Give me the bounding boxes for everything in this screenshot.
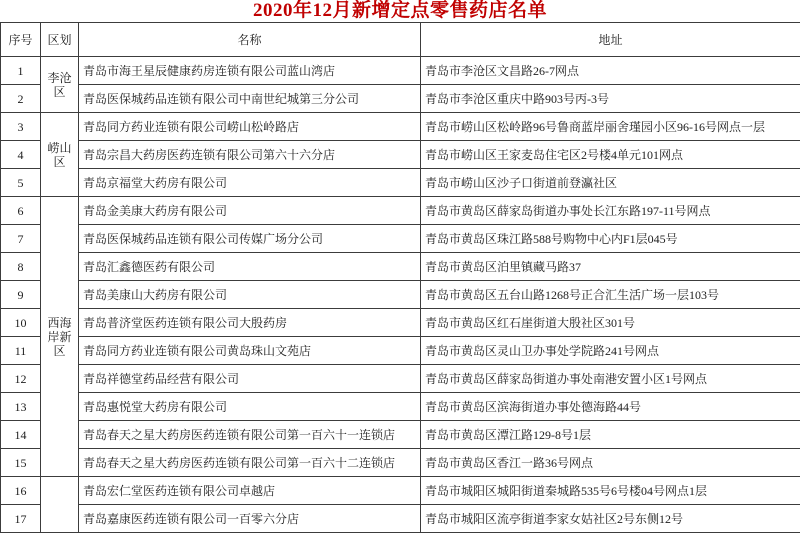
table-row: 13青岛惠悦堂大药房有限公司青岛市黄岛区滨海街道办事处德海路44号	[1, 393, 800, 421]
cell-address: 青岛市黄岛区薛家岛街道办事处长江东路197-11号网点	[421, 197, 800, 225]
cell-name: 青岛惠悦堂大药房有限公司	[79, 393, 421, 421]
cell-address: 青岛市黄岛区泊里镇藏马路37	[421, 253, 800, 281]
cell-district: 崂山区	[41, 113, 79, 197]
table-row: 15青岛春天之星大药房医药连锁有限公司第一百六十二连锁店青岛市黄岛区香江一路36…	[1, 449, 800, 477]
cell-address: 青岛市黄岛区潭江路129-8号1层	[421, 421, 800, 449]
pharmacy-table: 序号 区划 名称 地址 1李沧区青岛市海王星辰健康药房连锁有限公司蓝山湾店青岛市…	[0, 22, 800, 533]
cell-no: 1	[1, 57, 41, 85]
cell-name: 青岛同方药业连锁有限公司黄岛珠山文苑店	[79, 337, 421, 365]
cell-address: 青岛市李沧区文昌路26-7网点	[421, 57, 800, 85]
table-row: 16青岛宏仁堂医药连锁有限公司卓越店青岛市城阳区城阳街道秦城路535号6号楼04…	[1, 477, 800, 505]
cell-address: 青岛市黄岛区灵山卫办事处学院路241号网点	[421, 337, 800, 365]
cell-name: 青岛京福堂大药房有限公司	[79, 169, 421, 197]
cell-name: 青岛医保城药品连锁有限公司中南世纪城第三分公司	[79, 85, 421, 113]
cell-no: 17	[1, 505, 41, 533]
cell-no: 9	[1, 281, 41, 309]
table-row: 17青岛嘉康医药连锁有限公司一百零六分店青岛市城阳区流亭街道李家女姑社区2号东侧…	[1, 505, 800, 533]
cell-address: 青岛市黄岛区五台山路1268号正合汇生活广场一层103号	[421, 281, 800, 309]
table-row: 3崂山区青岛同方药业连锁有限公司崂山松岭路店青岛市崂山区松岭路96号鲁商蓝岸丽舍…	[1, 113, 800, 141]
cell-address: 青岛市黄岛区薛家岛街道办事处南港安置小区1号网点	[421, 365, 800, 393]
table-row: 14青岛春天之星大药房医药连锁有限公司第一百六十一连锁店青岛市黄岛区潭江路129…	[1, 421, 800, 449]
cell-name: 青岛嘉康医药连锁有限公司一百零六分店	[79, 505, 421, 533]
cell-name: 青岛祥德堂药品经营有限公司	[79, 365, 421, 393]
cell-no: 12	[1, 365, 41, 393]
cell-name: 青岛宏仁堂医药连锁有限公司卓越店	[79, 477, 421, 505]
cell-no: 13	[1, 393, 41, 421]
cell-name: 青岛同方药业连锁有限公司崂山松岭路店	[79, 113, 421, 141]
page-title: 2020年12月新增定点零售药店名单	[0, 0, 800, 22]
cell-no: 16	[1, 477, 41, 505]
document-page: 2020年12月新增定点零售药店名单 序号 区划 名称 地址 1李沧区青岛市海王…	[0, 0, 800, 550]
cell-address: 青岛市李沧区重庆中路903号丙-3号	[421, 85, 800, 113]
cell-no: 11	[1, 337, 41, 365]
table-row: 4青岛宗昌大药房医药连锁有限公司第六十六分店青岛市崂山区王家麦岛住宅区2号楼4单…	[1, 141, 800, 169]
cell-district: 李沧区	[41, 57, 79, 113]
table-row: 1李沧区青岛市海王星辰健康药房连锁有限公司蓝山湾店青岛市李沧区文昌路26-7网点	[1, 57, 800, 85]
cell-address: 青岛市崂山区松岭路96号鲁商蓝岸丽舍瑾园小区96-16号网点一层	[421, 113, 800, 141]
table-row: 12青岛祥德堂药品经营有限公司青岛市黄岛区薛家岛街道办事处南港安置小区1号网点	[1, 365, 800, 393]
header-name: 名称	[79, 23, 421, 57]
cell-address: 青岛市黄岛区珠江路588号购物中心内F1层045号	[421, 225, 800, 253]
cell-address: 青岛市黄岛区滨海街道办事处德海路44号	[421, 393, 800, 421]
table-row: 11青岛同方药业连锁有限公司黄岛珠山文苑店青岛市黄岛区灵山卫办事处学院路241号…	[1, 337, 800, 365]
cell-no: 15	[1, 449, 41, 477]
cell-name: 青岛金美康大药房有限公司	[79, 197, 421, 225]
cell-name: 青岛市海王星辰健康药房连锁有限公司蓝山湾店	[79, 57, 421, 85]
cell-no: 4	[1, 141, 41, 169]
cell-no: 5	[1, 169, 41, 197]
cell-no: 7	[1, 225, 41, 253]
cell-no: 3	[1, 113, 41, 141]
header-district: 区划	[41, 23, 79, 57]
cell-name: 青岛春天之星大药房医药连锁有限公司第一百六十一连锁店	[79, 421, 421, 449]
cell-address: 青岛市崂山区王家麦岛住宅区2号楼4单元101网点	[421, 141, 800, 169]
cell-name: 青岛汇鑫德医药有限公司	[79, 253, 421, 281]
cell-name: 青岛春天之星大药房医药连锁有限公司第一百六十二连锁店	[79, 449, 421, 477]
cell-district	[41, 477, 79, 533]
header-no: 序号	[1, 23, 41, 57]
table-row: 6西海岸新区青岛金美康大药房有限公司青岛市黄岛区薛家岛街道办事处长江东路197-…	[1, 197, 800, 225]
cell-no: 8	[1, 253, 41, 281]
cell-name: 青岛美康山大药房有限公司	[79, 281, 421, 309]
cell-name: 青岛普济堂医药连锁有限公司大殷药房	[79, 309, 421, 337]
cell-name: 青岛宗昌大药房医药连锁有限公司第六十六分店	[79, 141, 421, 169]
cell-no: 2	[1, 85, 41, 113]
cell-address: 青岛市城阳区城阳街道秦城路535号6号楼04号网点1层	[421, 477, 800, 505]
cell-district: 西海岸新区	[41, 197, 79, 477]
table-row: 8青岛汇鑫德医药有限公司青岛市黄岛区泊里镇藏马路37	[1, 253, 800, 281]
table-header-row: 序号 区划 名称 地址	[1, 23, 800, 57]
cell-name: 青岛医保城药品连锁有限公司传媒广场分公司	[79, 225, 421, 253]
table-row: 9青岛美康山大药房有限公司青岛市黄岛区五台山路1268号正合汇生活广场一层103…	[1, 281, 800, 309]
cell-no: 10	[1, 309, 41, 337]
table-row: 7青岛医保城药品连锁有限公司传媒广场分公司青岛市黄岛区珠江路588号购物中心内F…	[1, 225, 800, 253]
cell-no: 14	[1, 421, 41, 449]
cell-address: 青岛市城阳区流亭街道李家女姑社区2号东侧12号	[421, 505, 800, 533]
table-row: 2青岛医保城药品连锁有限公司中南世纪城第三分公司青岛市李沧区重庆中路903号丙-…	[1, 85, 800, 113]
table-row: 5青岛京福堂大药房有限公司青岛市崂山区沙子口街道前登瀛社区	[1, 169, 800, 197]
cell-address: 青岛市崂山区沙子口街道前登瀛社区	[421, 169, 800, 197]
cell-no: 6	[1, 197, 41, 225]
table-row: 10青岛普济堂医药连锁有限公司大殷药房青岛市黄岛区红石崖街道大殷社区301号	[1, 309, 800, 337]
table-body: 1李沧区青岛市海王星辰健康药房连锁有限公司蓝山湾店青岛市李沧区文昌路26-7网点…	[1, 57, 800, 533]
cell-address: 青岛市黄岛区香江一路36号网点	[421, 449, 800, 477]
header-address: 地址	[421, 23, 800, 57]
cell-address: 青岛市黄岛区红石崖街道大殷社区301号	[421, 309, 800, 337]
